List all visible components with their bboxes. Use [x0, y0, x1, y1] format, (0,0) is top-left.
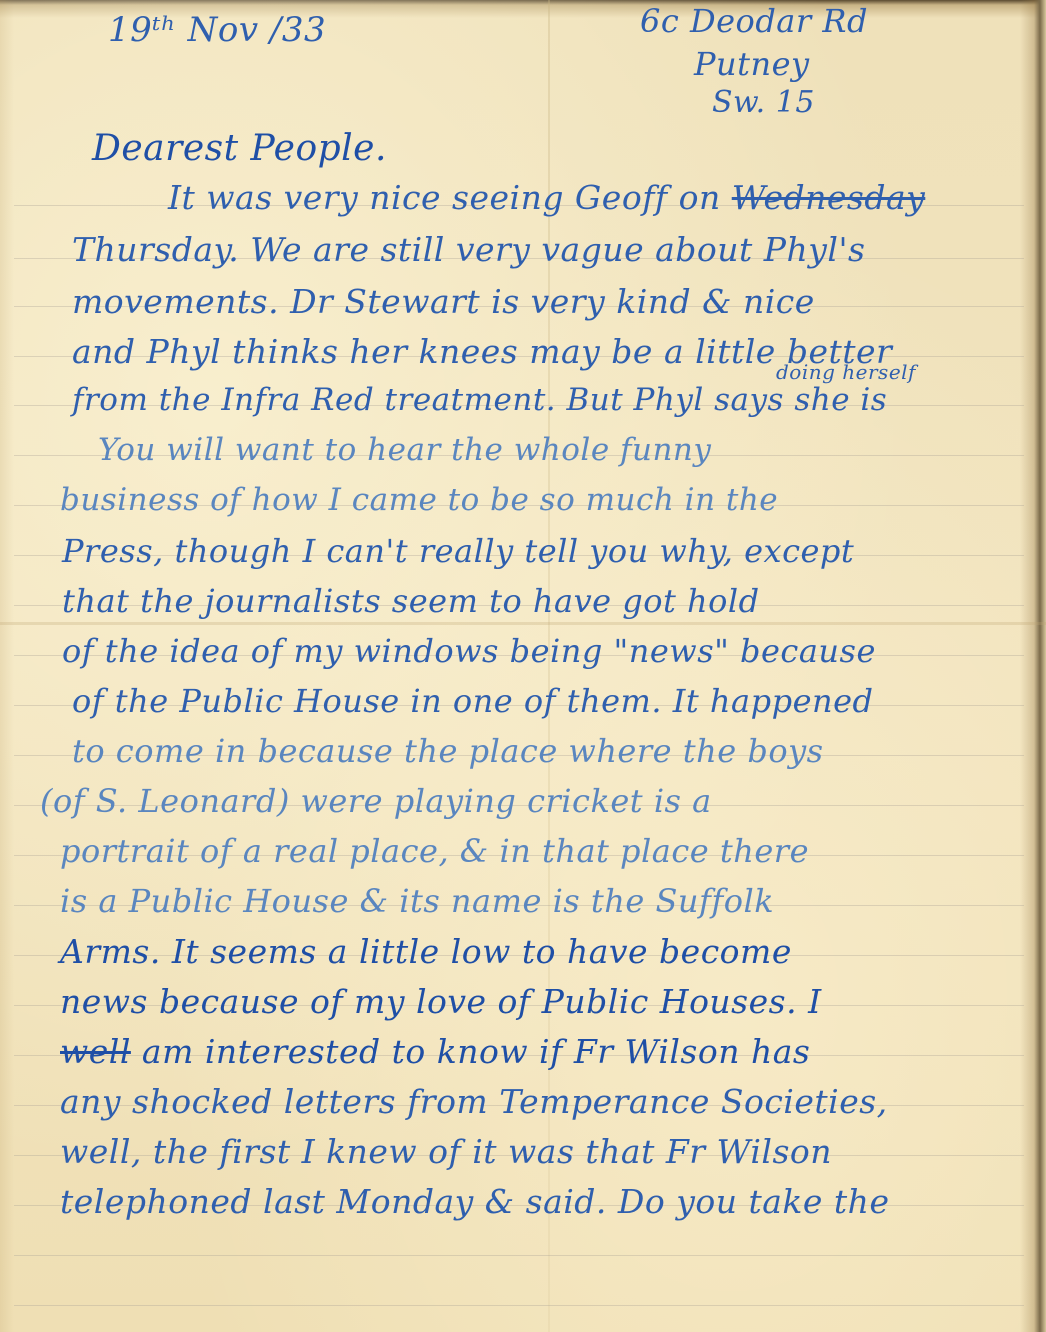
letter-line-15: is a Public House & its name is the Suff… — [60, 882, 774, 920]
address-line-3: Sw. 15 — [712, 85, 815, 120]
struck-word: well — [60, 1032, 131, 1071]
inserted-text: doing herself — [776, 360, 916, 384]
letter-page: 19ᵗʰ Nov /33 6c Deodar Rd Putney Sw. 15 … — [0, 0, 1046, 1332]
ruled-line — [14, 1255, 1024, 1256]
letter-line-16: Arms. It seems a little low to have beco… — [60, 932, 792, 971]
letter-line-9: that the journalists seem to have got ho… — [62, 582, 760, 620]
letter-line-19: any shocked letters from Temperance Soci… — [60, 1082, 888, 1121]
letter-line-3: movements. Dr Stewart is very kind & nic… — [72, 282, 815, 321]
address-line-2: Putney — [694, 45, 810, 83]
letter-line-17: news because of my love of Public Houses… — [60, 982, 822, 1021]
ruled-line — [14, 1305, 1024, 1306]
letter-line-18: well am interested to know if Fr Wilson … — [60, 1032, 810, 1071]
paper-fold-horizontal — [0, 622, 1046, 625]
letter-line-14: portrait of a real place, & in that plac… — [60, 832, 809, 870]
letter-line-7: business of how I came to be so much in … — [60, 482, 778, 518]
line-text: It was very nice seeing Geoff on — [168, 178, 721, 217]
letter-line-20: well, the first I knew of it was that Fr… — [60, 1132, 832, 1171]
struck-word: Wednesday — [732, 178, 926, 217]
letter-date: 19ᵗʰ Nov /33 — [108, 10, 326, 50]
letter-line-11: of the Public House in one of them. It h… — [72, 682, 874, 720]
letter-line-2: Thursday. We are still very vague about … — [72, 230, 865, 269]
letter-line-1: It was very nice seeing Geoff on Wednesd… — [168, 178, 925, 217]
letter-line-8: Press, though I can't really tell you wh… — [62, 532, 854, 570]
line-text: am interested to know if Fr Wilson has — [142, 1032, 810, 1071]
salutation: Dearest People. — [92, 128, 387, 169]
letter-line-6: You will want to hear the whole funny — [98, 432, 711, 468]
letter-line-4: and Phyl thinks her knees may be a littl… — [72, 332, 892, 371]
letter-line-10: of the idea of my windows being "news" b… — [62, 632, 876, 670]
letter-line-5: from the Infra Red treatment. But Phyl s… — [72, 382, 887, 418]
address-line-1: 6c Deodar Rd — [640, 2, 868, 40]
letter-line-12: to come in because the place where the b… — [72, 732, 824, 770]
letter-line-21: telephoned last Monday & said. Do you ta… — [60, 1182, 889, 1221]
letter-line-13: (of S. Leonard) were playing cricket is … — [40, 782, 712, 820]
